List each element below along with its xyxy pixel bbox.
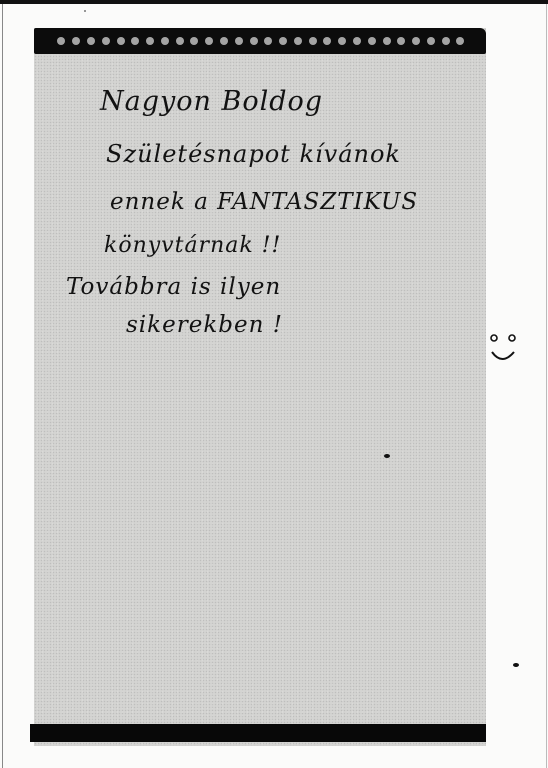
line-6: sikerekben ! xyxy=(126,312,283,338)
line-3: ennek a FANTASZTIKUS xyxy=(110,189,418,215)
line-2: Születésnapot kívánok xyxy=(106,140,401,168)
line-1: Nagyon Boldog xyxy=(100,86,323,117)
smiley-icon xyxy=(486,326,526,376)
ink-speck xyxy=(384,454,390,458)
dust-speck xyxy=(84,10,86,12)
line-4: könyvtárnak !! xyxy=(104,233,281,258)
handwritten-message: Nagyon Boldog Születésnapot kívánok enne… xyxy=(0,0,548,768)
line-5: Továbbra is ilyen xyxy=(66,274,281,300)
ink-speck xyxy=(513,663,519,667)
